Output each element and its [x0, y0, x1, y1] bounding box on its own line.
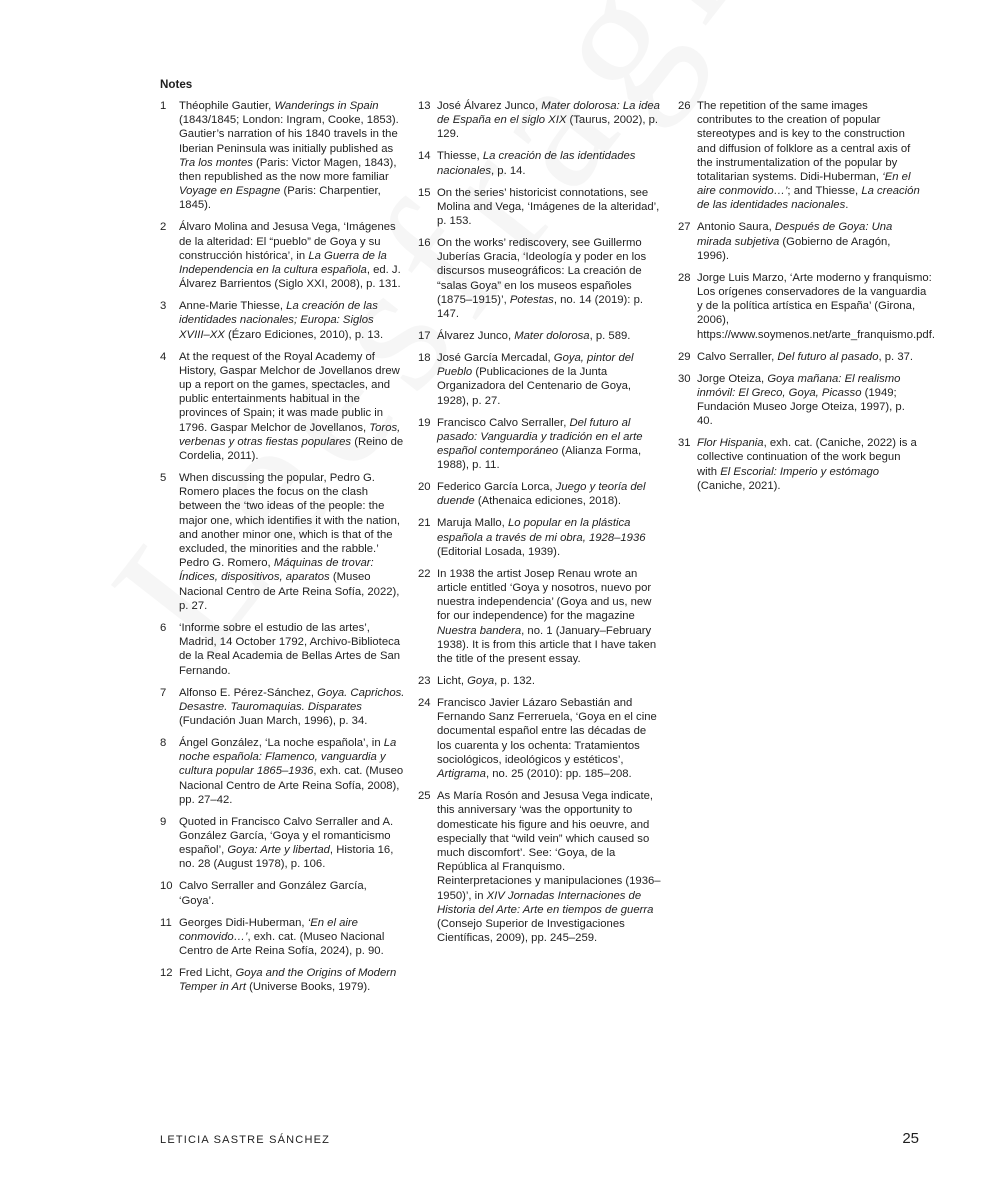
text-segment: As María Rosón and Jesusa Vega indicate,…	[437, 790, 661, 901]
text-segment: (Consejo Superior de Investigaciones Cie…	[437, 918, 625, 944]
text-segment: Francisco Calvo Serraller,	[437, 417, 569, 429]
footnote-text: Jorge Oteiza, Goya mañana: El realismo i…	[697, 372, 923, 429]
footnote-text: Antonio Saura, Después de Goya: Una mira…	[697, 220, 923, 263]
footnote-number: 24	[418, 696, 437, 781]
text-segment: Calvo Serraller and González García, ‘Go…	[179, 880, 367, 906]
footnote-number: 26	[678, 99, 697, 213]
text-segment: Fred Licht,	[179, 967, 236, 979]
footnote: 29Calvo Serraller, Del futuro al pasado,…	[678, 350, 923, 364]
text-segment: (Athenaica ediciones, 2018).	[475, 495, 621, 507]
footnote-text: Álvaro Molina and Jesusa Vega, ‘Imágenes…	[179, 220, 405, 291]
italic-title: Del futuro al pasado	[777, 351, 878, 363]
italic-title: El Escorial: Imperio y estómago	[720, 466, 879, 478]
footnote-text: Anne-Marie Thiesse, La creación de las i…	[179, 299, 405, 342]
footnote-text: Théophile Gautier, Wanderings in Spain (…	[179, 99, 405, 213]
footnote-text: Calvo Serraller, Del futuro al pasado, p…	[697, 350, 923, 364]
footnote: 17Álvarez Junco, Mater dolorosa, p. 589.	[418, 329, 663, 343]
footnote-number: 19	[418, 416, 437, 473]
text-segment: José García Mercadal,	[437, 352, 554, 364]
text-segment: ‘Informe sobre el estudio de las artes’,…	[179, 622, 400, 677]
text-segment: , p. 132.	[494, 675, 535, 687]
text-segment: Théophile Gautier,	[179, 100, 274, 112]
footnote-number: 16	[418, 236, 437, 321]
footnote: 23Licht, Goya, p. 132.	[418, 674, 663, 688]
notes-column-2: 13José Álvarez Junco, Mater dolorosa: La…	[418, 99, 663, 953]
footnote: 19Francisco Calvo Serraller, Del futuro …	[418, 416, 663, 473]
footnote-text: Fred Licht, Goya and the Origins of Mode…	[179, 966, 405, 994]
footnote: 26The repetition of the same images cont…	[678, 99, 923, 213]
text-segment: On the series’ historicist connotations,…	[437, 187, 659, 227]
footnote-number: 7	[160, 686, 179, 729]
footnote-text: On the works’ rediscovery, see Guillermo…	[437, 236, 663, 321]
footnote-number: 20	[418, 480, 437, 508]
italic-title: Flor Hispania	[697, 437, 764, 449]
italic-title: Wanderings in Spain	[274, 100, 378, 112]
italic-title: Voyage en Espagne	[179, 185, 280, 197]
text-segment: Ángel González, ‘La noche española’, in	[179, 737, 384, 749]
footnote: 21Maruja Mallo, Lo popular en la plástic…	[418, 516, 663, 559]
footnote: 18José García Mercadal, Goya, pintor del…	[418, 351, 663, 408]
footnote-number: 31	[678, 436, 697, 493]
footnote-text: Thiesse, La creación de las identidades …	[437, 149, 663, 177]
footnote: 31Flor Hispania, exh. cat. (Caniche, 202…	[678, 436, 923, 493]
footnote: 20Federico García Lorca, Juego y teoría …	[418, 480, 663, 508]
text-segment: Federico García Lorca,	[437, 481, 556, 493]
text-segment: Georges Didi-Huberman,	[179, 917, 308, 929]
text-segment: Álvarez Junco,	[437, 330, 514, 342]
text-segment: Calvo Serraller,	[697, 351, 777, 363]
footnote: 16On the works’ rediscovery, see Guiller…	[418, 236, 663, 321]
text-segment: , no. 25 (2010): pp. 185–208.	[486, 768, 632, 780]
text-segment: , p. 589.	[590, 330, 631, 342]
footnote-text: Flor Hispania, exh. cat. (Caniche, 2022)…	[697, 436, 923, 493]
footnote: 5When discussing the popular, Pedro G. R…	[160, 471, 405, 613]
footnote-text: Calvo Serraller and González García, ‘Go…	[179, 879, 405, 907]
text-segment: Maruja Mallo,	[437, 517, 508, 529]
footnote-number: 2	[160, 220, 179, 291]
text-segment: (Fundación Juan March, 1996), p. 34.	[179, 715, 367, 727]
running-footer-author: LETICIA SASTRE SÁNCHEZ	[160, 1134, 330, 1146]
footnote: 10Calvo Serraller and González García, ‘…	[160, 879, 405, 907]
text-segment: Licht,	[437, 675, 467, 687]
text-segment: Jorge Oteiza,	[697, 373, 767, 385]
footnote-number: 8	[160, 736, 179, 807]
footnote-text: In 1938 the artist Josep Renau wrote an …	[437, 567, 663, 666]
footnote-text: José Álvarez Junco, Mater dolorosa: La i…	[437, 99, 663, 142]
text-segment: , p. 14.	[491, 165, 526, 177]
footnote: 7Alfonso E. Pérez-Sánchez, Goya. Caprich…	[160, 686, 405, 729]
footnote-number: 14	[418, 149, 437, 177]
footnote: 3Anne-Marie Thiesse, La creación de las …	[160, 299, 405, 342]
italic-title: Artigrama	[437, 768, 486, 780]
page-number: 25	[902, 1130, 919, 1147]
text-segment: , p. 37.	[878, 351, 913, 363]
footnote-text: Alfonso E. Pérez-Sánchez, Goya. Capricho…	[179, 686, 405, 729]
footnote: 1Théophile Gautier, Wanderings in Spain …	[160, 99, 405, 213]
footnote-number: 23	[418, 674, 437, 688]
footnote-number: 10	[160, 879, 179, 907]
footnote: 14Thiesse, La creación de las identidade…	[418, 149, 663, 177]
footnote: 15On the series’ historicist connotation…	[418, 186, 663, 229]
italic-title: Goya: Arte y libertad	[227, 844, 330, 856]
footnote-text: As María Rosón and Jesusa Vega indicate,…	[437, 789, 663, 945]
text-segment: Anne-Marie Thiesse,	[179, 300, 286, 312]
footnote: 8Ángel González, ‘La noche española’, in…	[160, 736, 405, 807]
footnote: 30Jorge Oteiza, Goya mañana: El realismo…	[678, 372, 923, 429]
footnote: 11Georges Didi-Huberman, ‘En el aire con…	[160, 916, 405, 959]
text-segment: (Ézaro Ediciones, 2010), p. 13.	[225, 329, 383, 341]
text-segment: (1843/1845; London: Ingram, Cooke, 1853)…	[179, 114, 399, 154]
footnote-number: 4	[160, 350, 179, 464]
footnote-text: Francisco Javier Lázaro Sebastián and Fe…	[437, 696, 663, 781]
italic-title: Mater dolorosa	[514, 330, 589, 342]
text-segment: When discussing the popular, Pedro G. Ro…	[179, 472, 400, 569]
footnote-text: Federico García Lorca, Juego y teoría de…	[437, 480, 663, 508]
footnote: 13José Álvarez Junco, Mater dolorosa: La…	[418, 99, 663, 142]
italic-title: Nuestra bandera	[437, 625, 521, 637]
footnote-text: Licht, Goya, p. 132.	[437, 674, 663, 688]
footnote-text: José García Mercadal, Goya, pintor del P…	[437, 351, 663, 408]
text-segment: Antonio Saura,	[697, 221, 775, 233]
footnote-number: 30	[678, 372, 697, 429]
footnote-text: On the series’ historicist connotations,…	[437, 186, 663, 229]
footnote-number: 1	[160, 99, 179, 213]
text-segment: Jorge Luis Marzo, ‘Arte moderno y franqu…	[697, 272, 935, 341]
footnote-number: 12	[160, 966, 179, 994]
footnote-text: ‘Informe sobre el estudio de las artes’,…	[179, 621, 405, 678]
footnote-text: Maruja Mallo, Lo popular en la plástica …	[437, 516, 663, 559]
notes-column-1: 1Théophile Gautier, Wanderings in Spain …	[160, 99, 405, 1002]
footnote-number: 21	[418, 516, 437, 559]
footnote-text: At the request of the Royal Academy of H…	[179, 350, 405, 464]
footnote: 9Quoted in Francisco Calvo Serraller and…	[160, 815, 405, 872]
footnote-text: Ángel González, ‘La noche española’, in …	[179, 736, 405, 807]
footnote-number: 5	[160, 471, 179, 613]
footnote: 25As María Rosón and Jesusa Vega indicat…	[418, 789, 663, 945]
footnote-number: 25	[418, 789, 437, 945]
notes-column-3: 26The repetition of the same images cont…	[678, 99, 923, 501]
italic-title: Goya	[467, 675, 494, 687]
footnote-number: 15	[418, 186, 437, 229]
text-segment: ; and Thiesse,	[787, 185, 861, 197]
footnote-number: 17	[418, 329, 437, 343]
text-segment: Thiesse,	[437, 150, 483, 162]
footnote-number: 11	[160, 916, 179, 959]
text-segment: (Universe Books, 1979).	[246, 981, 370, 993]
footnote-text: Álvarez Junco, Mater dolorosa, p. 589.	[437, 329, 663, 343]
footnote-text: Jorge Luis Marzo, ‘Arte moderno y franqu…	[697, 271, 935, 342]
footnote: 24Francisco Javier Lázaro Sebastián and …	[418, 696, 663, 781]
text-segment: .	[845, 199, 848, 211]
footnote-number: 13	[418, 99, 437, 142]
footnote-text: When discussing the popular, Pedro G. Ro…	[179, 471, 405, 613]
text-segment: Francisco Javier Lázaro Sebastián and Fe…	[437, 697, 657, 766]
footnote: 12Fred Licht, Goya and the Origins of Mo…	[160, 966, 405, 994]
footnote-text: Francisco Calvo Serraller, Del futuro al…	[437, 416, 663, 473]
footnote-number: 28	[678, 271, 697, 342]
footnote-number: 22	[418, 567, 437, 666]
text-segment: In 1938 the artist Josep Renau wrote an …	[437, 568, 651, 623]
text-segment: Alfonso E. Pérez-Sánchez,	[179, 687, 317, 699]
footnote-number: 9	[160, 815, 179, 872]
text-segment: The repetition of the same images contri…	[697, 100, 910, 183]
footnote: 27Antonio Saura, Después de Goya: Una mi…	[678, 220, 923, 263]
footnote-text: The repetition of the same images contri…	[697, 99, 923, 213]
text-segment: (Editorial Losada, 1939).	[437, 546, 560, 558]
italic-title: Potestas	[510, 294, 554, 306]
footnote: 2Álvaro Molina and Jesusa Vega, ‘Imágene…	[160, 220, 405, 291]
footnote-text: Georges Didi-Huberman, ‘En el aire conmo…	[179, 916, 405, 959]
footnote-number: 29	[678, 350, 697, 364]
text-segment: (Caniche, 2021).	[697, 480, 781, 492]
notes-heading: Notes	[160, 78, 192, 91]
footnote-text: Quoted in Francisco Calvo Serraller and …	[179, 815, 405, 872]
footnote: 4At the request of the Royal Academy of …	[160, 350, 405, 464]
footnote: 28Jorge Luis Marzo, ‘Arte moderno y fran…	[678, 271, 923, 342]
footnote-number: 6	[160, 621, 179, 678]
footnote-number: 3	[160, 299, 179, 342]
footnote: 6‘Informe sobre el estudio de las artes’…	[160, 621, 405, 678]
text-segment: At the request of the Royal Academy of H…	[179, 351, 400, 434]
footnote-number: 27	[678, 220, 697, 263]
text-segment: José Álvarez Junco,	[437, 100, 541, 112]
italic-title: Tra los montes	[179, 157, 253, 169]
footnote-number: 18	[418, 351, 437, 408]
footnote: 22In 1938 the artist Josep Renau wrote a…	[418, 567, 663, 666]
